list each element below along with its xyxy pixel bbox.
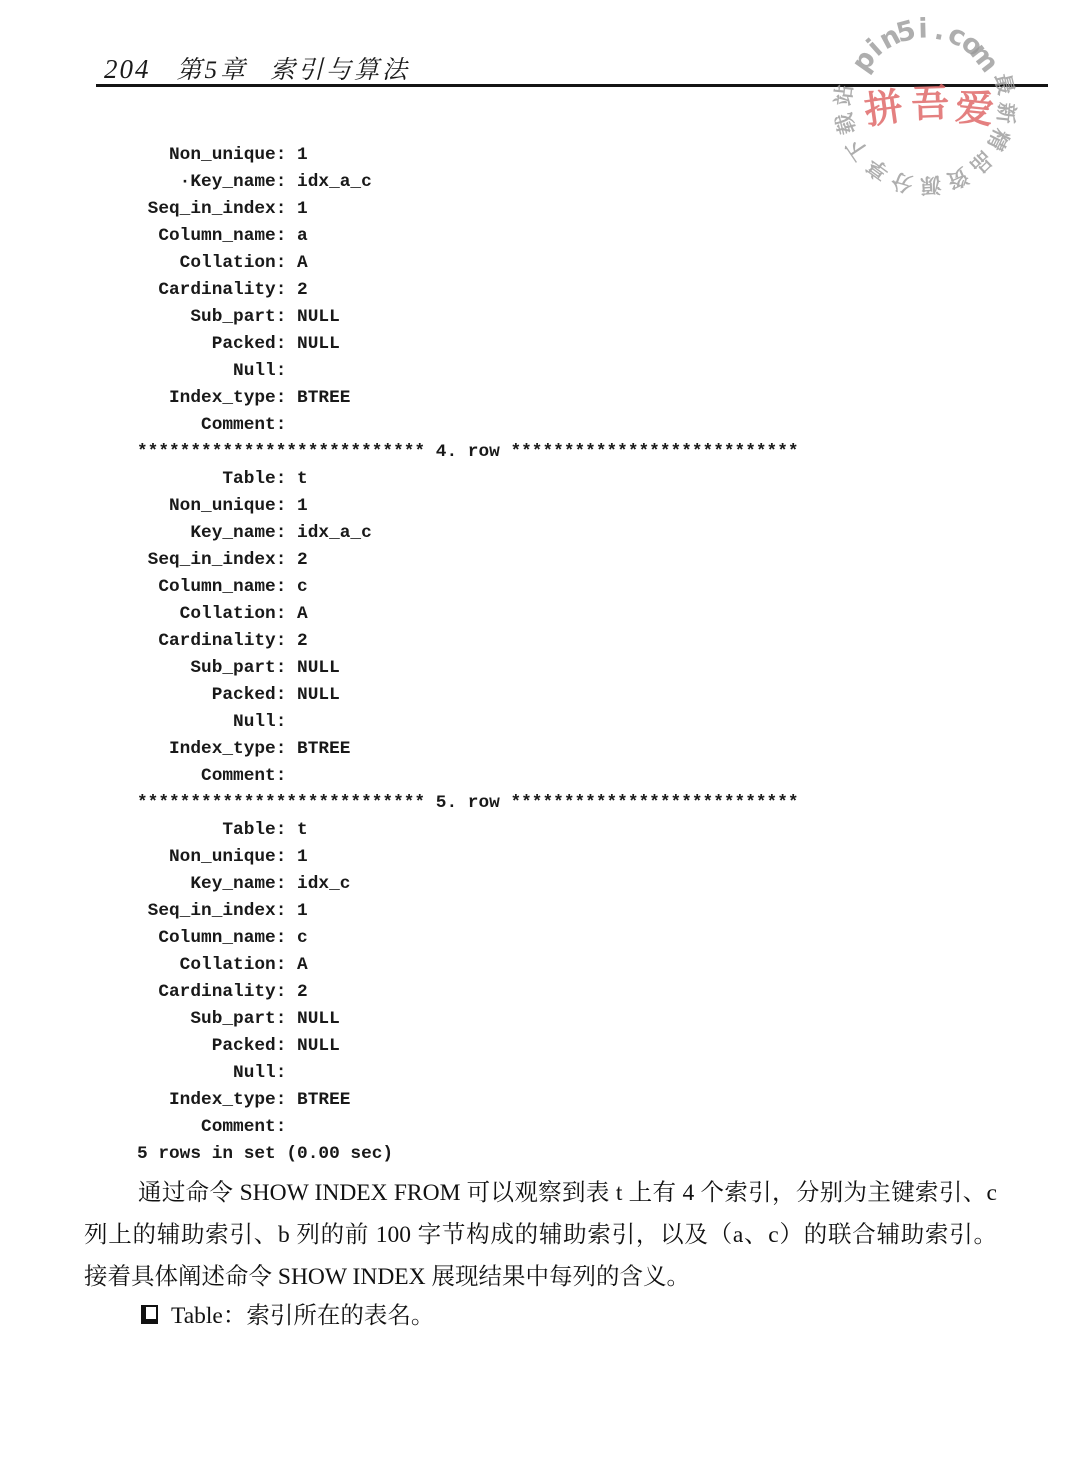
bullet-item-text: Table：索引所在的表名。 (171, 1303, 434, 1329)
watermark-char: 站 (827, 83, 859, 107)
square-bullet-icon (141, 1305, 158, 1324)
watermark-char: 资 (943, 161, 974, 197)
paragraph-line: 接着具体阐述命令 SHOW INDEX 展现结果中每列的含义。 (84, 1256, 997, 1298)
watermark-char: 载 (828, 110, 862, 138)
watermark-char: . (932, 14, 948, 46)
running-header: 204第5章索引与算法 (104, 50, 410, 86)
bullet-item-table: Table：索引所在的表名。 (141, 1301, 434, 1331)
mysql-show-index-output: Non_unique: 1 ·Key_name: idx_a_c Seq_in_… (137, 142, 799, 1168)
watermark-char: m (963, 37, 1005, 78)
watermark-char: i (861, 33, 889, 62)
book-page: 204第5章索引与算法 Non_unique: 1 ·Key_name: idx… (0, 0, 1080, 1478)
watermark-char: 吾 (910, 72, 950, 128)
watermark-char: 享 (859, 152, 894, 189)
paragraph-line: 列上的辅助索引、b 列的前 100 字节构成的辅助索引，以及（a、c）的联合辅助… (84, 1214, 997, 1256)
watermark-char: c (943, 19, 971, 54)
chapter-title: 索引与算法 (270, 57, 410, 84)
chapter-label: 第5章 (177, 57, 249, 84)
header-rule (96, 84, 1048, 87)
paragraph-line: 通过命令 SHOW INDEX FROM 可以观察到表 t 上有 4 个索引，分… (84, 1172, 997, 1214)
watermark-char: 新 (991, 101, 1023, 125)
watermark-char: p (845, 44, 881, 78)
watermark-char: o (955, 28, 989, 64)
page-number: 204 (104, 54, 151, 84)
watermark-char: 源 (919, 170, 942, 201)
watermark-char: 分 (888, 165, 916, 200)
watermark-char: 5 (893, 14, 919, 49)
watermark-char: 下 (839, 133, 876, 167)
watermark-char: n (874, 20, 906, 56)
body-paragraph: 通过命令 SHOW INDEX FROM 可以观察到表 t 上有 4 个索引，分… (84, 1172, 997, 1298)
watermark-char: 品 (964, 145, 1000, 181)
watermark-char: i (918, 13, 928, 44)
watermark-char: 精 (981, 124, 1017, 156)
